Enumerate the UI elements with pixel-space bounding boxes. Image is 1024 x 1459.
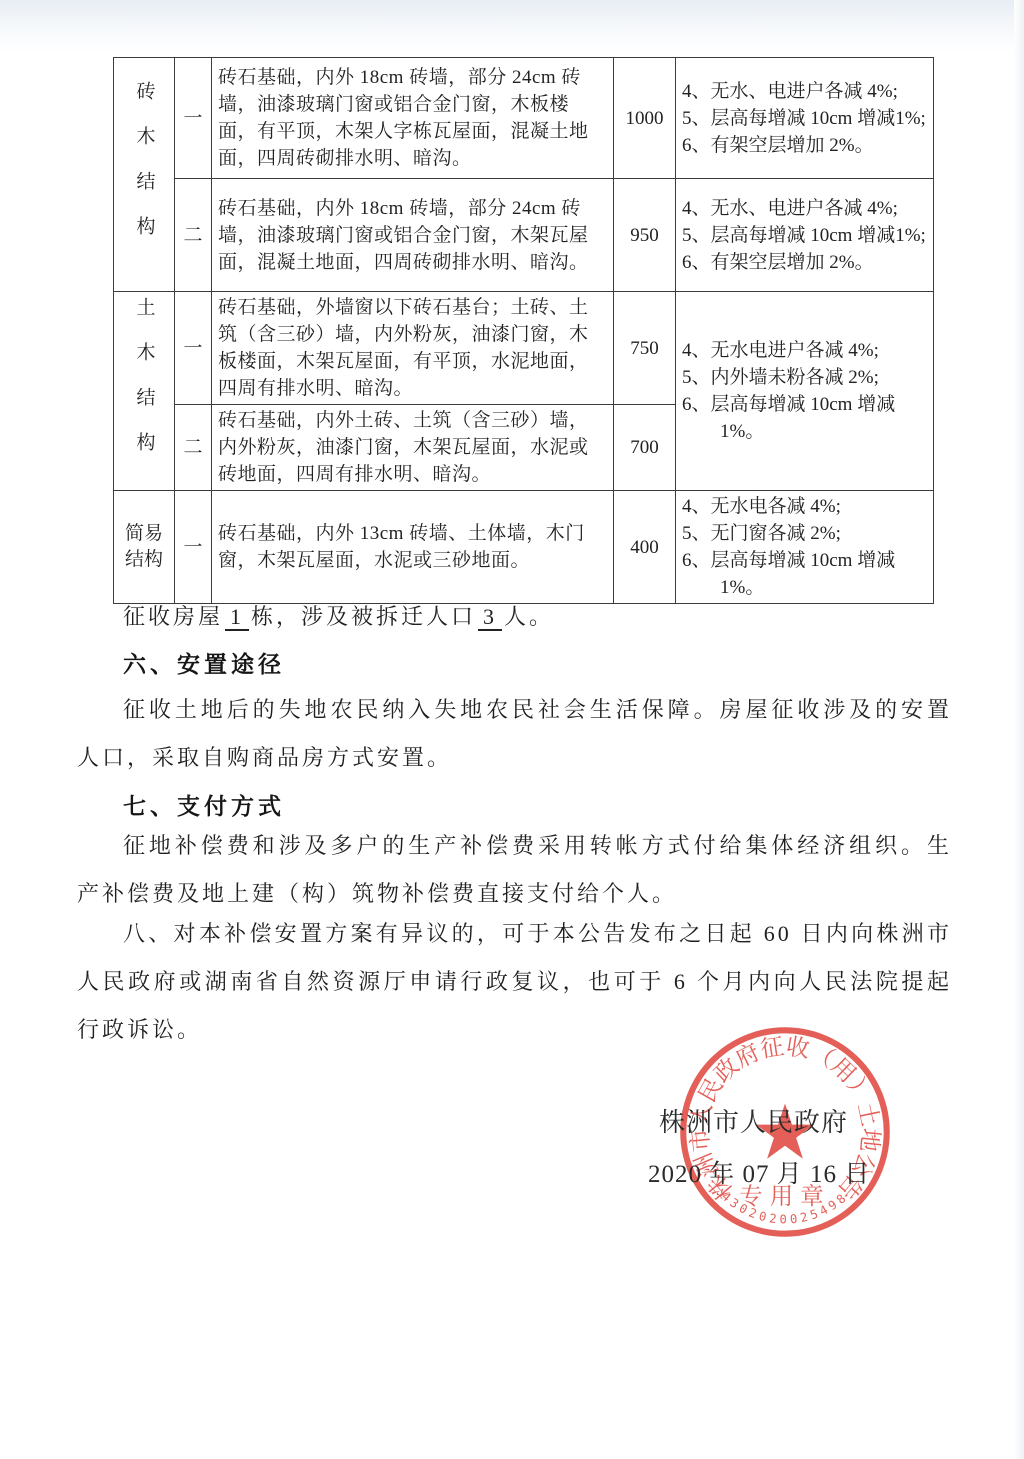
structure-type-cell: 砖木结构 bbox=[114, 58, 175, 292]
grade-cell: 一 bbox=[175, 292, 212, 405]
price-cell: 700 bbox=[614, 405, 676, 491]
note-item: 5、层高每增减 10cm 增减1%; bbox=[682, 105, 927, 132]
section-heading-payment: 七、支付方式 bbox=[123, 788, 285, 821]
price-cell: 750 bbox=[614, 292, 676, 405]
description-cell: 砖石基础，外墙窗以下砖石基台；土砖、土筑（含三砂）墙，内外粉灰，油漆门窗，木板楼… bbox=[212, 292, 614, 405]
note-item: 4、无水电进户各减 4%; bbox=[682, 337, 927, 364]
scan-edge-shadow-top bbox=[0, 0, 1024, 52]
description-cell: 砖石基础，内外 13cm 砖墙、土体墙，木门窗，木架瓦屋面，水泥或三砂地面。 bbox=[212, 491, 614, 604]
note-item: 6、有架空层增加 2%。 bbox=[682, 132, 927, 159]
compensation-standards-table: 砖木结构 一 砖石基础，内外 18cm 砖墙，部分 24cm 砖墙，油漆玻璃门窗… bbox=[113, 57, 934, 604]
paragraph-line: 人口，采取自购商品房方式安置。 bbox=[77, 734, 952, 782]
issue-date: 2020 年 07 月 16 日 bbox=[648, 1154, 870, 1190]
summary-text: 人。 bbox=[504, 604, 554, 629]
notes-cell: 4、无水电进户各减 4%; 5、内外墙未粉各减 2%; 6、层高每增减 10cm… bbox=[676, 292, 934, 491]
paragraph-resettlement: 征收土地后的失地农民纳入失地农民社会生活保障。房屋征收涉及的安置 人口，采取自购… bbox=[77, 686, 952, 782]
house-count-underlined: 1 bbox=[225, 604, 249, 631]
description-cell: 砖石基础，内外土砖、土筑（含三砂）墙，内外粉灰，油漆门窗，木架瓦屋面，水泥或砖地… bbox=[212, 405, 614, 491]
summary-text: 征收房屋 bbox=[123, 604, 223, 629]
expropriation-summary-line: 征收房屋1栋，涉及被拆迁人口3人。 bbox=[77, 600, 957, 631]
price-cell: 1000 bbox=[614, 58, 676, 179]
note-item: 4、无水电各减 4%; bbox=[682, 493, 927, 520]
paragraph-line: 征地补偿费和涉及多户的生产补偿费采用转帐方式付给集体经济组织。生 bbox=[77, 822, 952, 870]
scan-edge-shadow-right bbox=[1014, 0, 1024, 1459]
price-cell: 950 bbox=[614, 179, 676, 292]
structure-type-label: 简易结构 bbox=[120, 521, 168, 573]
note-item: 4、无水、电进户各减 4%; bbox=[682, 195, 927, 222]
issuer-signature: 株洲市人民政府 bbox=[659, 1102, 848, 1139]
note-item: 5、无门窗各减 2%; bbox=[682, 520, 927, 547]
structure-type-cell: 土木结构 bbox=[114, 292, 175, 491]
people-count-underlined: 3 bbox=[478, 604, 502, 631]
grade-cell: 二 bbox=[175, 405, 212, 491]
structure-type-cell: 简易结构 bbox=[114, 491, 175, 604]
notes-cell: 4、无水电各减 4%; 5、无门窗各减 2%; 6、层高每增减 10cm 增减1… bbox=[676, 491, 934, 604]
grade-cell: 二 bbox=[175, 179, 212, 292]
note-item: 6、层高每增减 10cm 增减1%。 bbox=[682, 391, 927, 445]
paragraph-line: 人民政府或湖南省自然资源厅申请行政复议，也可于 6 个月内向人民法院提起 bbox=[77, 958, 952, 1006]
table-row: 土木结构 一 砖石基础，外墙窗以下砖石基台；土砖、土筑（含三砂）墙，内外粉灰，油… bbox=[114, 292, 934, 405]
table-row: 砖木结构 一 砖石基础，内外 18cm 砖墙，部分 24cm 砖墙，油漆玻璃门窗… bbox=[114, 58, 934, 179]
table-row: 二 砖石基础，内外 18cm 砖墙，部分 24cm 砖墙，油漆玻璃门窗或铝合金门… bbox=[114, 179, 934, 292]
grade-cell: 一 bbox=[175, 58, 212, 179]
description-cell: 砖石基础，内外 18cm 砖墙，部分 24cm 砖墙，油漆玻璃门窗或铝合金门窗，… bbox=[212, 58, 614, 179]
paragraph-line: 征收土地后的失地农民纳入失地农民社会生活保障。房屋征收涉及的安置 bbox=[77, 686, 952, 734]
description-cell: 砖石基础，内外 18cm 砖墙，部分 24cm 砖墙，油漆玻璃门窗或铝合金门窗，… bbox=[212, 179, 614, 292]
notes-cell: 4、无水、电进户各减 4%; 5、层高每增减 10cm 增减1%; 6、有架空层… bbox=[676, 58, 934, 179]
table-row: 简易结构 一 砖石基础，内外 13cm 砖墙、土体墙，木门窗，木架瓦屋面，水泥或… bbox=[114, 491, 934, 604]
summary-text: 栋，涉及被拆迁人口 bbox=[251, 604, 476, 629]
note-item: 5、层高每增减 10cm 增减1%; bbox=[682, 222, 927, 249]
note-item: 6、层高每增减 10cm 增减1%。 bbox=[682, 547, 927, 601]
price-cell: 400 bbox=[614, 491, 676, 604]
note-item: 6、有架空层增加 2%。 bbox=[682, 249, 927, 276]
structure-type-label: 砖木结构 bbox=[131, 81, 158, 261]
note-item: 5、内外墙未粉各减 2%; bbox=[682, 364, 927, 391]
grade-cell: 一 bbox=[175, 491, 212, 604]
paragraph-line: 八、对本补偿安置方案有异议的，可于本公告发布之日起 60 日内向株洲市 bbox=[77, 910, 952, 958]
paragraph-payment: 征地补偿费和涉及多户的生产补偿费采用转帐方式付给集体经济组织。生 产补偿费及地上… bbox=[77, 822, 952, 918]
notes-cell: 4、无水、电进户各减 4%; 5、层高每增减 10cm 增减1%; 6、有架空层… bbox=[676, 179, 934, 292]
section-heading-resettlement: 六、安置途径 bbox=[123, 646, 285, 679]
structure-type-label: 土木结构 bbox=[131, 297, 158, 477]
note-item: 4、无水、电进户各减 4%; bbox=[682, 78, 927, 105]
scanned-document-page: { "table": { "groups": [ { "name": "砖木结构… bbox=[0, 0, 1024, 1459]
